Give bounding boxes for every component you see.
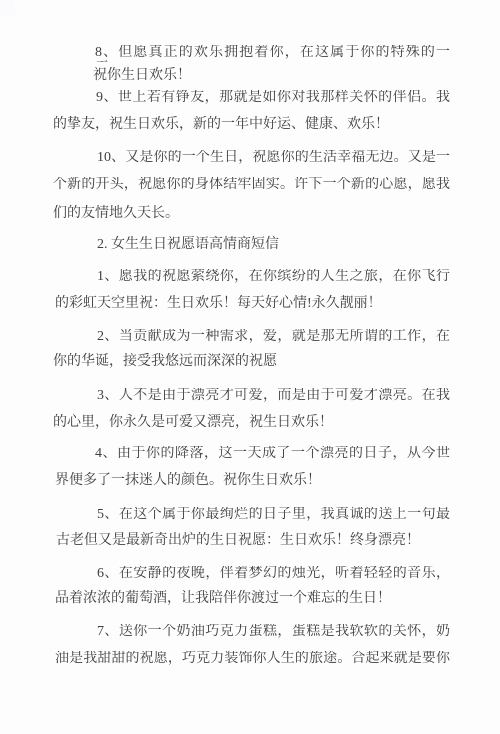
paragraph-line: 2、当贡献成为一种需求，爱，就是那无所谓的工作，在	[97, 329, 450, 346]
paragraph-line: 4、由于你的降落，这一天成了一个漂亮的日子，从今世	[95, 446, 450, 463]
paragraph-line: 7、送你一个奶油巧克力蛋糕，蛋糕是我软软的关怀，奶	[97, 624, 450, 641]
paragraph-line: 的彩虹天空里祝：生日欢乐！每天好心情!永久靓丽！	[55, 296, 382, 312]
paragraph-line: 个新的开头，祝愿你的身体结牢固实。许下一个新的心愿，愿我	[53, 177, 450, 194]
paragraph-line: 8、但愿真正的欢乐拥抱着你，在这属于你的特殊的一天，	[95, 45, 450, 62]
paragraph-line: 的挚友，祝生日欢乐，新的一年中好运、健康、欢乐！	[53, 117, 389, 133]
paragraph-line: 3、人不是由于漂亮才可爱，而是由于可爱才漂亮。在我	[97, 388, 450, 405]
paragraph-line: 祝你生日欢乐！	[93, 68, 191, 84]
paragraph-line: 油是我甜甜的祝愿，巧克力装饰你人生的旅途。合起来就是要你	[55, 651, 450, 668]
paragraph-line: 6、在安静的夜晚，伴着梦幻的烛光，听着轻轻的音乐，	[97, 566, 450, 583]
scan-corner-artifact	[0, 0, 15, 15]
paragraph-line: 5、在这个属于你最绚烂的日子里，我真诚的送上一句最	[97, 507, 450, 524]
paragraph-line: 1、愿我的祝愿萦绕你，在你缤纷的人生之旅，在你飞行	[97, 269, 450, 286]
paragraph-line: 的心里，你永久是可爱又漂亮，祝生日欢乐！	[53, 415, 333, 431]
document-page: 8、但愿真正的欢乐拥抱着你，在这属于你的特殊的一天，祝你生日欢乐！9、世上若有铮…	[0, 0, 500, 734]
section-heading: 2. 女生生日祝愿语高情商短信	[97, 237, 279, 253]
paragraph-line: 们的友情地久天长。	[53, 206, 179, 222]
paragraph-line: 古老但又是最新奇出炉的生日祝愿：生日欢乐！终身漂亮！	[56, 533, 420, 549]
paragraph-line: 界便多了一抹迷人的颜色。祝你生日欢乐！	[55, 473, 321, 489]
paragraph-line: 你的华诞，接受我悠远而深深的祝愿	[53, 354, 277, 370]
paragraph-line: 9、世上若有铮友，那就是如你对我那样关怀的伴侣。我	[96, 90, 450, 107]
paragraph-line: 品着浓浓的葡萄酒，让我陪伴你渡过一个难忘的生日！	[55, 591, 391, 607]
paragraph-line: 10、又是你的一个生日，祝愿你的生活幸福无边。又是一	[97, 150, 450, 167]
